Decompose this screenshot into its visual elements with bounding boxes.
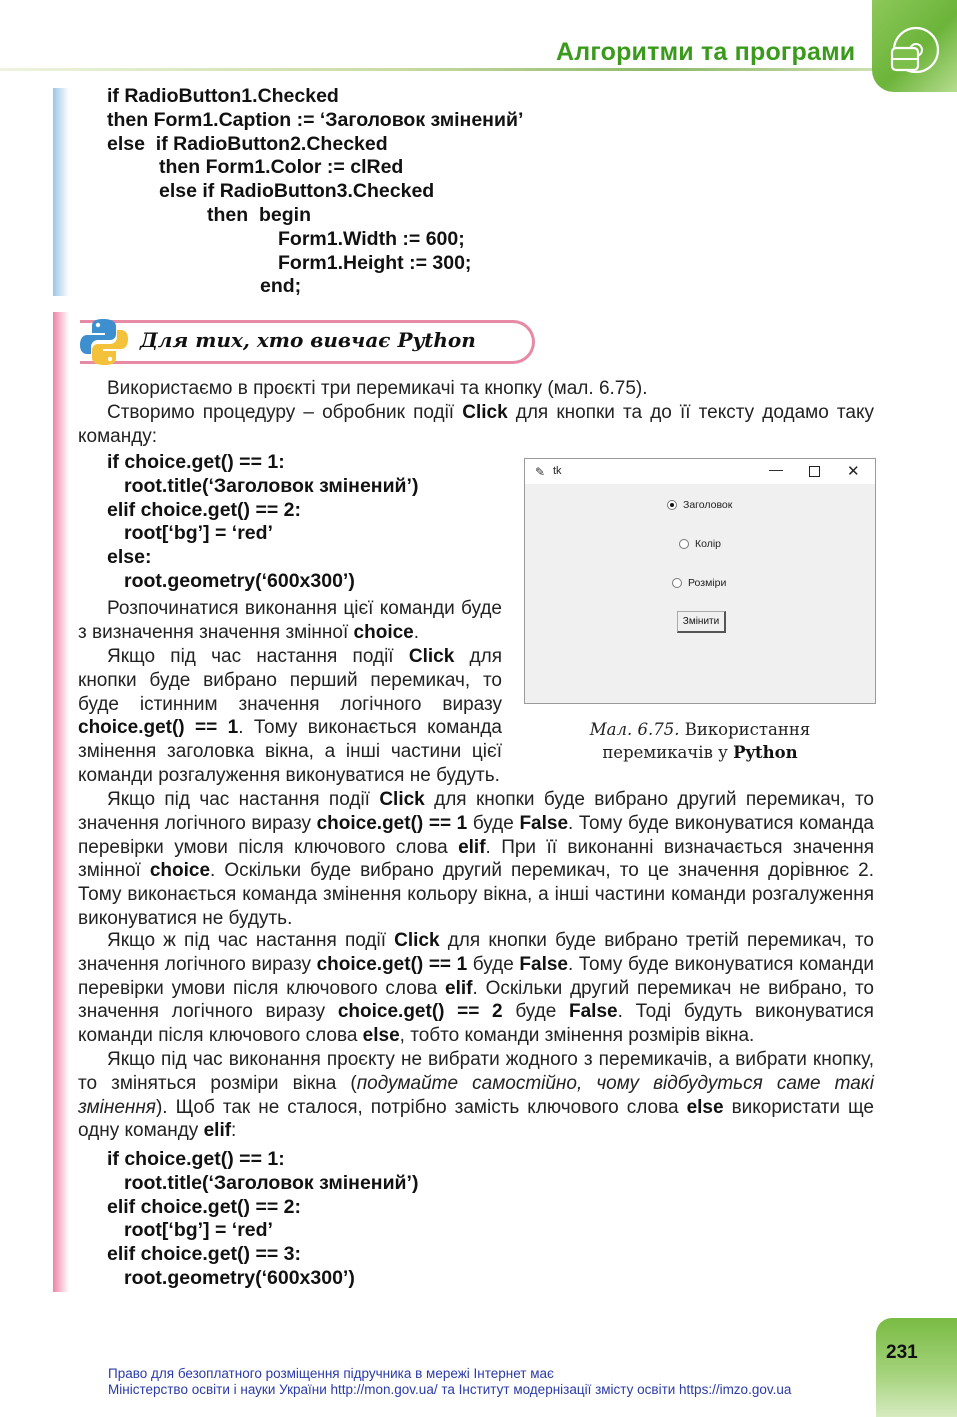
paragraph-choice-start: Розпочинатися виконання цієї команди буд… <box>78 597 502 645</box>
code-line: elif choice.get() == 2: <box>107 1196 418 1220</box>
page-number: 231 <box>886 1342 918 1364</box>
code-line: then Form1.Caption := ‘Заголовок змінени… <box>107 109 523 133</box>
code-line: elif choice.get() == 3: <box>107 1243 418 1267</box>
code-line: if choice.get() == 1: <box>107 1148 418 1172</box>
disc-folder-icon <box>886 22 942 78</box>
radio-button[interactable] <box>672 578 682 588</box>
code-line: root.title(‘Заголовок змінений’) <box>107 475 418 499</box>
code-line: else if RadioButton2.Checked <box>107 133 523 157</box>
maximize-icon[interactable] <box>809 466 820 477</box>
radio-button[interactable] <box>679 539 689 549</box>
code-line: elif choice.get() == 2: <box>107 499 418 523</box>
code-line: root.geometry(‘600x300’) <box>107 570 418 594</box>
python-banner-title: Для тих, хто вивчає Python <box>140 328 476 352</box>
section-tab <box>872 0 957 92</box>
radio-button[interactable] <box>667 500 677 510</box>
code-line: root.geometry(‘600x300’) <box>107 1267 418 1291</box>
code-line: root.title(‘Заголовок змінений’) <box>107 1172 418 1196</box>
paragraph-first-switch: Якщо під час настання події Click для кн… <box>78 645 502 788</box>
footer-line-2: Міністерство освіти і науки України http… <box>108 1382 791 1398</box>
code-line: if choice.get() == 1: <box>107 451 418 475</box>
code-line: else: <box>107 546 418 570</box>
radio-color[interactable]: Колір <box>679 538 721 550</box>
code-line: if RadioButton1.Checked <box>107 85 523 109</box>
section-title: Алгоритми та програми <box>556 38 855 67</box>
code-line: then Form1.Color := clRed <box>107 156 523 180</box>
code-line: else if RadioButton3.Checked <box>107 180 523 204</box>
header-divider <box>0 68 880 71</box>
feather-icon: ✎ <box>535 465 545 479</box>
radio-heading[interactable]: Заголовок <box>667 499 732 511</box>
code-line: root[‘bg’] = ‘red’ <box>107 1219 418 1243</box>
tk-window-screenshot: ✎ tk — ✕ Заголовок Колір Розміри Змінити <box>524 458 876 704</box>
tk-window-title: tk <box>553 465 562 477</box>
minimize-icon[interactable]: — <box>769 461 783 477</box>
code-line: Form1.Height := 300; <box>107 252 523 276</box>
code-line: Form1.Width := 600; <box>107 228 523 252</box>
intro-paragraph-1: Використаємо в проєкті три перемикачі та… <box>78 377 874 401</box>
delphi-code-block: if RadioButton1.Checkedthen Form1.Captio… <box>107 85 523 299</box>
python-code-block-1: if choice.get() == 1:root.title(‘Заголов… <box>107 451 418 594</box>
code-margin-bar <box>53 88 69 296</box>
close-icon[interactable]: ✕ <box>847 462 860 480</box>
paragraph-third-switch: Якщо ж під час настання події Click для … <box>78 929 874 1048</box>
radio-size[interactable]: Розміри <box>672 577 726 589</box>
page-number-tab <box>876 1318 957 1417</box>
footer-line-1: Право для безоплатного розміщення підруч… <box>108 1366 791 1382</box>
python-code-block-2: if choice.get() == 1:root.title(‘Заголов… <box>107 1148 418 1291</box>
license-footer: Право для безоплатного розміщення підруч… <box>108 1366 791 1398</box>
tk-titlebar: ✎ tk — ✕ <box>525 459 875 484</box>
python-logo-icon <box>78 316 130 368</box>
figure-caption: Мал. 6.75. Використання перемикачів у Py… <box>540 718 860 764</box>
code-line: root[‘bg’] = ‘red’ <box>107 522 418 546</box>
change-button[interactable]: Змінити <box>677 611 726 633</box>
code-line: then begin <box>107 204 523 228</box>
code-line: end; <box>107 275 523 299</box>
paragraph-second-switch: Якщо під час настання події Click для кн… <box>78 788 874 931</box>
paragraph-no-switch: Якщо під час виконання проєкту не вибрат… <box>78 1048 874 1143</box>
intro-paragraph-2: Створимо процедуру – обробник події Clic… <box>78 401 874 449</box>
python-section-margin-bar <box>53 312 69 1292</box>
